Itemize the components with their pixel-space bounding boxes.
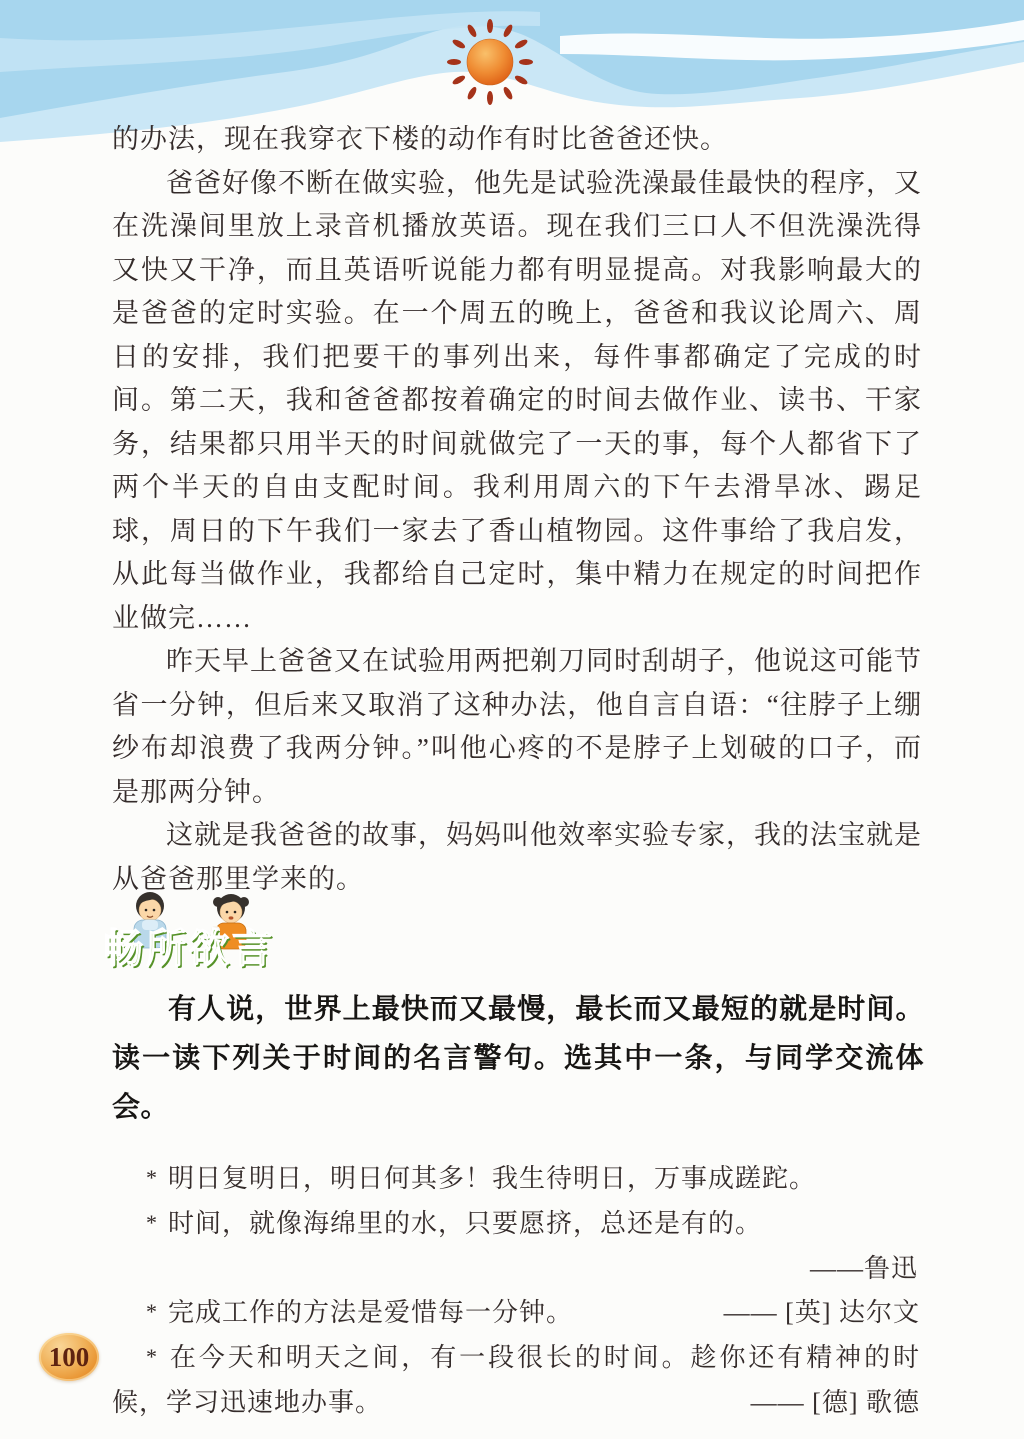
textbook-page: 的办法，现在我穿衣下楼的动作有时比爸爸还快。 爸爸好像不断在做实验，他先是试验洗… <box>0 0 1024 1439</box>
quote-marker: * <box>146 1344 158 1369</box>
page-number-badge: 100 <box>39 1333 99 1381</box>
speak-freely-logo-graphic: 畅所欲言 畅所欲言 <box>98 886 293 980</box>
activity-section: 畅所欲言 畅所欲言 有人说，世界上最快而又最慢，最长而又最短的就是时间。读一读下… <box>0 886 1024 1425</box>
quote-item: *时间，就像海绵里的水，只要愿挤，总还是有的。 <box>112 1202 920 1247</box>
quote-item: *完成工作的方法是爱惜每一分钟。—— [英] 达尔文 <box>112 1291 920 1336</box>
story-text: 的办法，现在我穿衣下楼的动作有时比爸爸还快。 爸爸好像不断在做实验，他先是试验洗… <box>112 118 922 901</box>
quote-marker: * <box>146 1299 158 1324</box>
quote-text: 完成工作的方法是爱惜每一分钟。 <box>168 1298 573 1327</box>
speak-freely-logo-text: 畅所欲言 <box>103 927 275 971</box>
activity-instruction: 有人说，世界上最快而又最慢，最长而又最短的就是时间。读一读下列关于时间的名言警句… <box>112 984 924 1131</box>
quotes-list: *明日复明日，明日何其多！我生待明日，万事成蹉跎。 *时间，就像海绵里的水，只要… <box>112 1157 920 1425</box>
speak-freely-logo: 畅所欲言 畅所欲言 <box>98 886 1024 980</box>
story-paragraph: 的办法，现在我穿衣下楼的动作有时比爸爸还快。 <box>112 118 922 162</box>
story-paragraph: 昨天早上爸爸又在试验用两把剃刀同时刮胡子，他说这可能节省一分钟，但后来又取消了这… <box>112 640 922 814</box>
quote-marker: * <box>146 1210 158 1235</box>
quote-attribution: —— [英] 达尔文 <box>690 1291 920 1335</box>
quote-attribution: ——鲁迅 <box>112 1247 920 1291</box>
quote-text: 明日复明日，明日何其多！我生待明日，万事成蹉跎。 <box>168 1164 816 1193</box>
quote-text: 时间，就像海绵里的水，只要愿挤，总还是有的。 <box>168 1209 762 1238</box>
story-paragraph: 爸爸好像不断在做实验，他先是试验洗澡最佳最快的程序，又在洗澡间里放上录音机播放英… <box>112 162 922 641</box>
quote-item: *明日复明日，明日何其多！我生待明日，万事成蹉跎。 <box>112 1157 920 1202</box>
quote-attribution: —— [德] 歌德 <box>717 1381 920 1425</box>
quote-item: *在今天和明天之间，有一段很长的时间。趁你还有精神的时候，学习迅速地办事。—— … <box>112 1336 920 1425</box>
quote-marker: * <box>146 1165 158 1190</box>
page-number: 100 <box>49 1342 90 1373</box>
